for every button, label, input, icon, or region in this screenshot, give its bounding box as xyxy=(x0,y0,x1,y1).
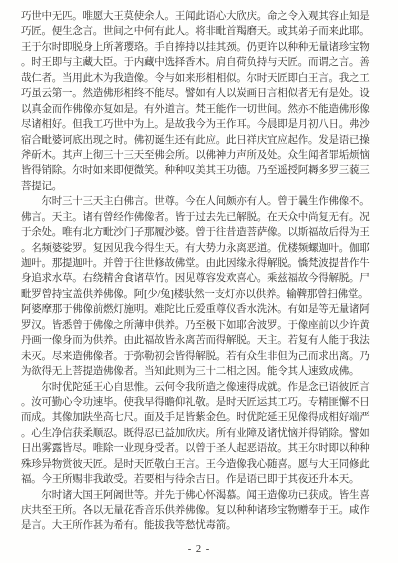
text-line: 巧匠。便生念言。世间之中何有此人。将非毗首羯磨天。或其弟子而来此耶。 xyxy=(21,24,378,39)
text-line: 尽诸相好。但我工巧世中为上。是故我今为王作耳。今晨即是月初八日。弗沙 xyxy=(21,117,378,132)
text-line: 阿婆摩那于佛像前燃灯施明。难陀比丘爱重尊仪香水洗沐。有如是等无量诸阿 xyxy=(21,302,378,317)
text-line: 哉仁者。当用此木为我造像。令与如来形相相似。尔时天匠即白王言。我之工 xyxy=(21,71,378,86)
text-line: 未灭。尽来造佛像者。于弥勒初会皆得解脱。若有众生非但为己而求出离。乃 xyxy=(21,349,378,364)
text-line: 尔时优陀延王心自思惟。云何令我所造之像速得成就。作是念已语彼匠言 xyxy=(21,380,378,395)
text-line: 尔时诸大国王阿阇世等。并先于佛心怀渴慕。闻王造像功已获成。皆生喜 xyxy=(21,488,378,503)
text-line: 于余处。唯有北方毗沙门子那履沙婆。曾于往昔造菩萨像。以斯福故后得为王 xyxy=(21,225,378,240)
text-line: 。心生净信获柔顺忍。既得忍已益加欣庆。所有业障及诸忧恼并得销除。譬如 xyxy=(21,426,378,441)
text-line: 巧世中无匹。唯愿大王莫使余人。王闻此语心大欣庆。命之令入观其容止知是 xyxy=(21,9,378,24)
text-line: 是言。大王所作甚为希有。能拔我等愁忧毒箭。 xyxy=(21,518,378,533)
text-line: 以真金而作佛像亦复如是。有外道言。梵王能作一切世间。然亦不能造佛形像 xyxy=(21,102,378,117)
text-line: 。时王即与主藏大臣。于内藏中选择香木。肩自荷负持与天匠。而谓之言。善 xyxy=(21,55,378,70)
text-line: 罗汉。皆悉曾于佛像之所薄申供养。乃至极下如耶舍波罗。于像座前以少许黄 xyxy=(21,318,378,333)
text-line: 庆共至王所。各以无量花香音乐供养佛像。复以种种诸珍宝物赠奉于王。咸作 xyxy=(21,503,378,518)
text-line: 宿合毗婆诃底出现之时。佛初诞生还有此应。此日祥庆宜应起作。发是语已操 xyxy=(21,133,378,148)
text-line: 毗罗曾持宝盖供养佛像。阿[少/兔]楼驮然一支灯亦以供养。输鞞那曾扫佛堂。 xyxy=(21,287,378,302)
sutra-scan-page: 巧世中无匹。唯愿大王莫使余人。王闻此语心大欣庆。命之令入观其容止知是 巧匠。便生… xyxy=(0,0,398,563)
text-line: 日出雾露皆尽。唯除一业现身受者。以曾于圣人起恶语故。其王尔时即以种种 xyxy=(21,441,378,456)
text-line: 菩提记。 xyxy=(21,179,378,194)
text-line: 。名频婆娑罗。复因见我今得生天。有大势力永离恶道。优楼频螺迦叶。伽耶 xyxy=(21,241,378,256)
text-line: 身追求水草。右绕精舍食诸草竹。因见尊容发欢喜心。乘兹福故今得解脱。尸 xyxy=(21,271,378,286)
text-line: 而成。其像加趺坐高七尺。面及手足皆紫金色。时优陀延王见像得成相好端严 xyxy=(21,410,378,425)
text-line: 迦叶。那提迦叶。并曾于往世修故佛堂。由此因缘永得解脱。憍梵波提昔作牛 xyxy=(21,256,378,271)
sutra-text-block: 巧世中无匹。唯愿大王莫使余人。王闻此语心大欣庆。命之令入观其容止知是 巧匠。便生… xyxy=(21,9,378,534)
text-line: 王于尔时即脱身上所著璎珞。手自捧持以挂其颈。仍更许以种种无量诸珍宝物 xyxy=(21,40,378,55)
text-line: 巧虽云第一。然造佛形相终不能尽。譬如有人以炭画日言相似者无有是处。设 xyxy=(21,86,378,101)
text-line: 皆得销除。尔时如来即便微笑。种种叹美其王功德。乃至遥授阿耨多罗三藐三 xyxy=(21,163,378,178)
text-line: 斧斫木。其声上彻三十三天至佛会所。以佛神力声所及处。众生闻者罪垢烦恼 xyxy=(21,148,378,163)
text-line: 殊珍异物赏彼天匠。是时天匠敬白王言。王今造像我心随喜。愿与大王同修此 xyxy=(21,457,378,472)
text-line: 。汝可勤心令功速毕。使我早得瞻仰礼敬。是时天匠运其工巧。专精匪懈不日 xyxy=(21,395,378,410)
text-line: 福。今王所赐非我敢受。若要相与待余吉日。作是语已即于其夜还升本天。 xyxy=(21,472,378,487)
page-number: - 2 - xyxy=(0,544,398,555)
text-line: 为欲得无上菩提造佛像者。当知此则为三十二相之因。能令其人速致成佛。 xyxy=(21,364,378,379)
text-line: 尔时三十三天主白佛言。世尊。今在人间颇亦有人。曾于曩生作佛像不。 xyxy=(21,194,378,209)
text-line: 佛言。天主。诸有曾经作佛像者。皆于过去先已解脱。在天众中尚复无有。况 xyxy=(21,210,378,225)
text-line: 丹画一像身而为供养。由此福故皆永离苦而得解脱。天主。若复有人能于我法 xyxy=(21,333,378,348)
